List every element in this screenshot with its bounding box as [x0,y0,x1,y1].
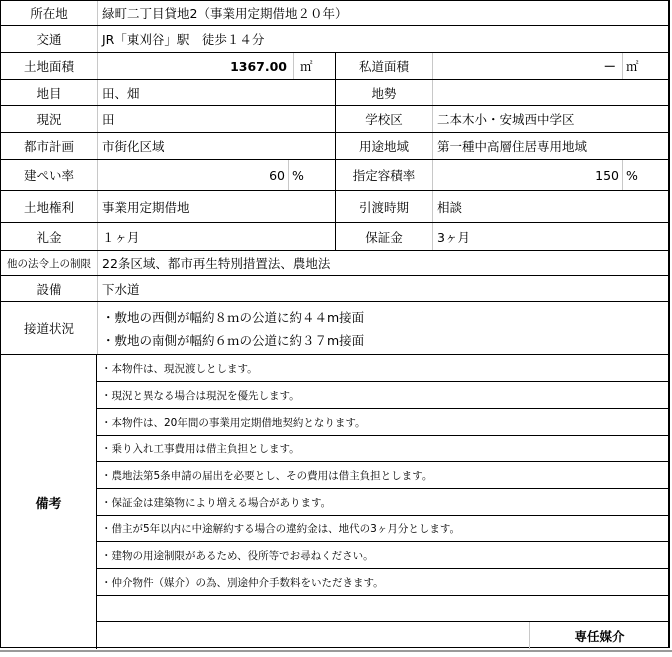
unit-coverage-ratio: % [288,160,335,190]
row-city-planning: 都市計画 市街化区域 用途地域 第一種中高層住居専用地域 [1,133,669,160]
row-coverage-ratio: 建ぺい率 60 % 指定容積率 150 % [1,160,669,191]
value-city-planning: 市街化区域 [97,133,335,159]
label-coverage-ratio: 建ぺい率 [1,160,97,190]
value-land-area: 1367.00 [97,53,293,79]
label-facilities: 設備 [1,276,97,301]
row-facilities: 設備 下水道 [1,276,669,302]
row-transport: 交通 JR「東刈谷」駅 徒歩１４分 [1,26,669,53]
remark-note: ・本物件は、20年間の事業用定期借地契約となります。 [97,409,669,436]
value-deposit: 3ヶ月 [432,223,669,250]
value-current-status: 田 [97,106,335,132]
value-facilities: 下水道 [97,276,669,301]
remark-note-empty [97,596,669,622]
label-private-road-area: 私道面積 [335,53,432,79]
label-current-status: 現況 [1,106,97,132]
label-school-district: 学校区 [335,106,432,132]
label-handover-time: 引渡時期 [335,191,432,222]
label-deposit: 保証金 [335,223,432,250]
row-location: 所在地 緑町二丁目貸地2（事業用定期借地２０年） [1,1,669,26]
label-land-area: 土地面積 [1,53,97,79]
label-city-planning: 都市計画 [1,133,97,159]
row-current-status: 現況 田 学校区 二本木小・安城西中学区 [1,106,669,133]
value-school-district: 二本木小・安城西中学区 [432,106,669,132]
value-land-category: 田、畑 [97,80,335,105]
road-access-line: ・敷地の西側が幅約８ｍの公道に約４４m接面 [102,308,364,326]
label-floor-area-ratio: 指定容積率 [335,160,432,190]
label-other-restrictions: 他の法令上の制限 [1,251,97,275]
unit-floor-area-ratio: % [622,160,669,190]
road-access-line: ・敷地の南側が幅約６ｍの公道に約３７m接面 [102,331,364,349]
value-use-district: 第一種中高層住居専用地域 [432,133,669,159]
row-land-rights: 土地権利 事業用定期借地 引渡時期 相談 [1,191,669,223]
label-use-district: 用途地域 [335,133,432,159]
label-remarks: 備考 [1,355,97,649]
remark-note: ・建物の用途制限があるため、役所等でお尋ねください。 [97,542,669,569]
label-key-money: 礼金 [1,223,97,250]
remark-note: ・借主が5年以内に中途解約する場合の違約金は、地代の3ヶ月分とします。 [97,516,669,542]
label-land-rights: 土地権利 [1,191,97,222]
value-floor-area-ratio: 150 [432,160,622,190]
remark-note: ・仲介物件（媒介）の為、別途仲介手数料をいただきます。 [97,569,669,596]
remark-note: ・農地法第5条申請の届出を必要とし、その費用は借主負担とします。 [97,462,669,489]
value-coverage-ratio: 60 [97,160,288,190]
value-private-road-area: － [432,53,622,79]
value-key-money: １ヶ月 [97,223,335,250]
label-location: 所在地 [1,1,97,25]
label-transport: 交通 [1,26,97,52]
value-transport: JR「東刈谷」駅 徒歩１４分 [97,26,669,52]
row-land-area: 土地面積 1367.00 ㎡ 私道面積 － ㎡ [1,53,669,80]
label-terrain: 地勢 [335,80,432,105]
row-road-access: 接道状況 ・敷地の西側が幅約８ｍの公道に約４４m接面 ・敷地の南側が幅約６ｍの公… [1,302,669,355]
value-land-rights: 事業用定期借地 [97,191,335,222]
remark-note: ・本物件は、現況渡しとします。 [97,355,669,382]
remark-note: ・現況と異なる場合は現況を優先します。 [97,382,669,409]
transaction-type: 専任媒介 [529,622,669,649]
row-other-restrictions: 他の法令上の制限 22条区域、都市再生特別措置法、農地法 [1,251,669,276]
row-land-category: 地目 田、畑 地勢 [1,80,669,106]
property-sheet: 所在地 緑町二丁目貸地2（事業用定期借地２０年） 交通 JR「東刈谷」駅 徒歩１… [0,0,670,648]
remark-note: ・乗り入れ工事費用は借主負担とします。 [97,436,669,462]
label-land-category: 地目 [1,80,97,105]
bottom-border [0,650,672,652]
label-road-access: 接道状況 [1,302,97,354]
remark-note: ・保証金は建築物により増える場合があります。 [97,489,669,516]
value-handover-time: 相談 [432,191,669,222]
unit-private-road-area: ㎡ [622,53,669,79]
row-key-money: 礼金 １ヶ月 保証金 3ヶ月 [1,223,669,251]
value-location: 緑町二丁目貸地2（事業用定期借地２０年） [97,1,669,25]
unit-land-area: ㎡ [293,53,335,79]
value-terrain [432,80,669,105]
value-other-restrictions: 22条区域、都市再生特別措置法、農地法 [97,251,669,275]
value-road-access: ・敷地の西側が幅約８ｍの公道に約４４m接面 ・敷地の南側が幅約６ｍの公道に約３７… [97,302,669,354]
